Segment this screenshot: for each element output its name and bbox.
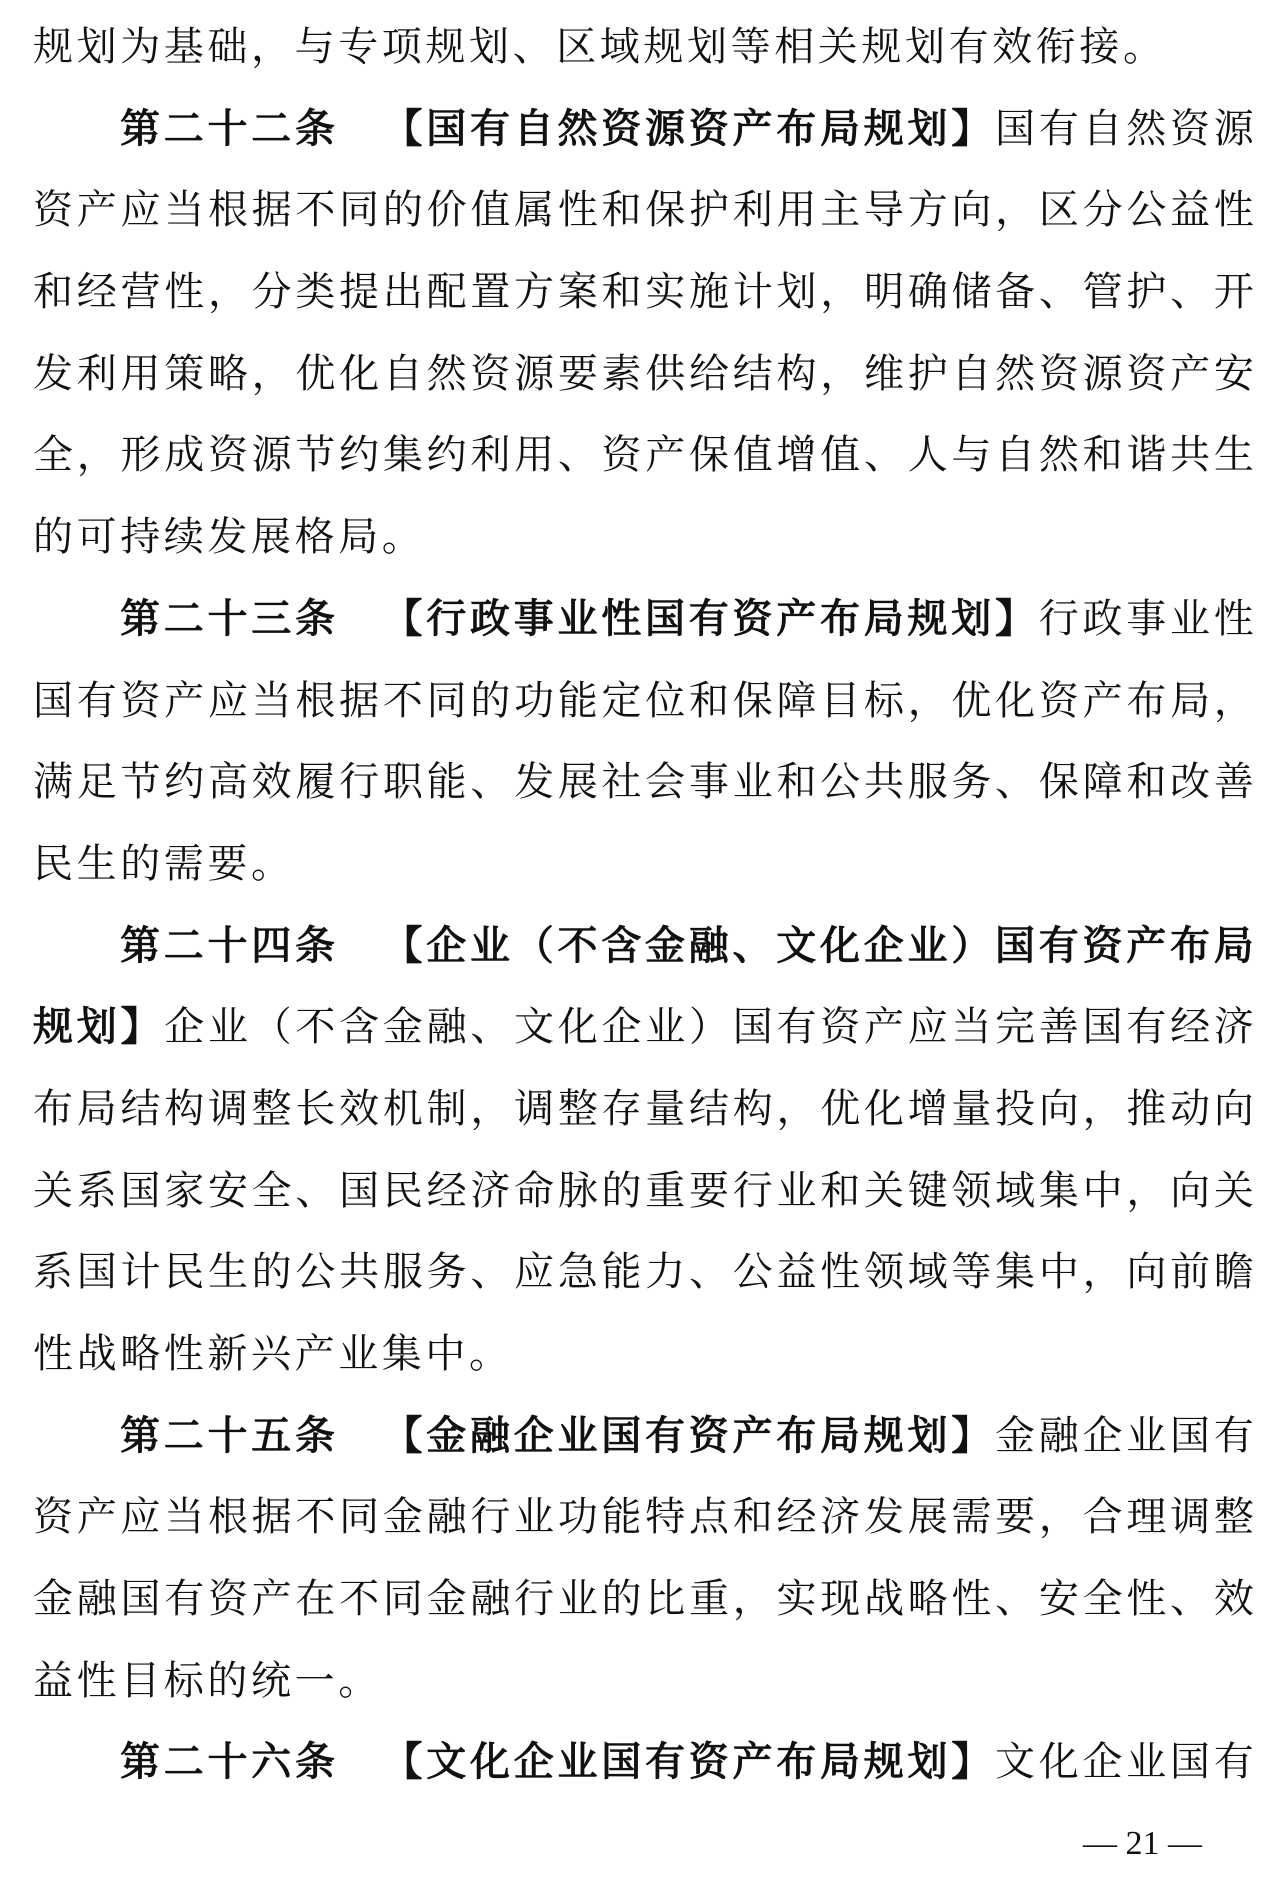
body-char: 比	[645, 1559, 685, 1641]
text-line: 满足节约高效履行职能、发展社会事业和公共服务、保障和改善	[33, 742, 1254, 824]
body-char: 提	[339, 252, 379, 334]
article-heading-char: 规	[864, 1396, 904, 1478]
body-char: 领	[864, 1232, 904, 1314]
body-char: 护	[908, 334, 948, 416]
body-char: 要	[995, 1477, 1035, 1559]
body-char: 发	[864, 1477, 904, 1559]
body-char: 领	[951, 1151, 991, 1233]
body-char: 方	[908, 170, 948, 252]
body-char: 分	[1083, 170, 1123, 252]
body-char: 值	[470, 170, 510, 252]
article-heading-char: 规	[864, 89, 904, 171]
body-char: 职	[383, 742, 423, 824]
body-char: 障	[1083, 742, 1123, 824]
body-char: 约	[427, 415, 467, 497]
body-char: 能	[602, 1232, 642, 1314]
article-heading-char: 产	[1126, 906, 1166, 988]
body-char: 然	[427, 334, 467, 416]
body-char: 善	[1214, 742, 1254, 824]
body-char: 能	[558, 661, 598, 743]
body-char: 务	[427, 1232, 467, 1314]
article-heading-char: 性	[601, 579, 641, 661]
body-char: 业	[1126, 1722, 1166, 1804]
article-heading-char: 资	[733, 579, 773, 661]
body-char: 自	[383, 334, 423, 416]
body-char: 整	[558, 1069, 598, 1151]
body-char: 投	[995, 1069, 1035, 1151]
text-line: 国有资产应当根据不同的功能定位和保障目标，优化资产布局，	[33, 661, 1254, 743]
body-char: 据	[252, 1477, 292, 1559]
body-char: 行	[470, 1477, 510, 1559]
heading-gap	[339, 906, 379, 988]
body-char: 调	[514, 1069, 554, 1151]
body-char: 方	[514, 252, 554, 334]
body-char: 融	[1039, 1396, 1079, 1478]
body-char: 案	[558, 252, 598, 334]
text-line: 第二十三条 【行政事业性国有资产布局规划】行政事业性	[33, 579, 1254, 661]
body-char: 和	[1126, 742, 1166, 824]
body-char: 划	[776, 252, 816, 334]
article-heading-char: 划	[908, 1396, 948, 1478]
body-char: ，	[208, 252, 248, 334]
body-char: 构	[164, 1069, 204, 1151]
body-char: 和	[602, 252, 642, 334]
body-char: 关	[864, 1151, 904, 1233]
body-char: 明	[864, 252, 904, 334]
body-char: 产	[252, 1559, 292, 1641]
body-char: 满	[33, 742, 73, 824]
article-heading-char: 局	[820, 1722, 860, 1804]
body-char: 点	[689, 1477, 729, 1559]
text-line: 性战略性新兴产业集中。	[33, 1314, 1254, 1396]
body-char: 整	[1214, 1477, 1254, 1559]
body-char: 分	[252, 252, 292, 334]
body-char: 局	[1170, 661, 1210, 743]
body-char: 要	[689, 1151, 729, 1233]
body-char: 备	[995, 252, 1035, 334]
body-char: 集	[995, 1232, 1035, 1314]
body-char: 国	[1170, 1722, 1210, 1804]
body-char: 公	[820, 742, 860, 824]
article-heading-char: 布	[1170, 906, 1210, 988]
body-char: 不	[295, 987, 335, 1069]
body-char: 会	[645, 742, 685, 824]
body-char: 产	[645, 415, 685, 497]
justified-line: 资产应当根据不同金融行业功能特点和经济发展需要，合理调整	[33, 1477, 1254, 1559]
body-char: 向	[1170, 1151, 1210, 1233]
body-char: 应	[908, 987, 948, 1069]
article-heading-char: 第	[120, 1722, 160, 1804]
body-char: 配	[427, 252, 467, 334]
body-char: 金	[383, 987, 423, 1069]
body-char: 开	[1214, 252, 1254, 334]
text-line: 和经营性，分类提出配置方案和实施计划，明确储备、管护、开	[33, 252, 1254, 334]
body-char: 用	[776, 170, 816, 252]
body-char: ，	[908, 661, 948, 743]
body-char: 自	[1083, 89, 1123, 171]
body-char: 全	[1083, 1559, 1123, 1641]
article-heading-char: 【	[383, 89, 423, 171]
body-char: 有	[1039, 89, 1079, 171]
body-char: 的	[602, 1559, 642, 1641]
body-char: 事	[1126, 579, 1166, 661]
body-char: 公	[1126, 170, 1166, 252]
body-char: 战	[864, 1559, 904, 1641]
text-line: 规划】企业（不含金融、文化企业）国有资产应当完善国有经济	[33, 987, 1254, 1069]
body-char: 瞻	[1214, 1232, 1254, 1314]
body-char: 资	[1126, 334, 1166, 416]
body-char: 金	[383, 1477, 423, 1559]
article-heading-char: 国	[601, 1722, 641, 1804]
article-heading-char: 条	[295, 906, 335, 988]
body-char: 合	[1083, 1477, 1123, 1559]
article-heading-char: 企	[514, 1396, 554, 1478]
body-char: 的	[383, 170, 423, 252]
text-line: 全，形成资源节约集约利用、资产保值增值、人与自然和谐共生	[33, 415, 1254, 497]
body-char: 全	[252, 1151, 292, 1233]
body-char: 性	[558, 170, 598, 252]
article-heading-char: 】	[951, 1396, 991, 1478]
body-char: 行	[339, 742, 379, 824]
body-char: 中	[1039, 1232, 1079, 1314]
body-char: 重	[645, 1151, 685, 1233]
article-heading-char: 四	[251, 906, 291, 988]
body-char: 动	[1170, 1069, 1210, 1151]
body-char: 资	[33, 170, 73, 252]
body-char: 家	[164, 1151, 204, 1233]
article-heading-char: 有	[645, 1396, 685, 1478]
body-char: 经	[427, 1151, 467, 1233]
body-char: 根	[208, 1477, 248, 1559]
body-char: 和	[602, 170, 642, 252]
text-line: 益性目标的统一。	[33, 1641, 1254, 1723]
body-char: 业	[776, 1151, 816, 1233]
body-char: 键	[908, 1151, 948, 1233]
article-heading-char: 六	[251, 1722, 291, 1804]
article-heading-char: 文	[426, 1722, 466, 1804]
body-char: 化	[558, 987, 598, 1069]
article-heading-char: 文	[776, 906, 816, 988]
body-char: 资	[1170, 89, 1210, 171]
article-heading-char: 业	[558, 1396, 598, 1478]
body-char: 向	[1126, 1232, 1166, 1314]
body-char: ，	[252, 334, 292, 416]
body-char: 、	[470, 987, 510, 1069]
body-char: 民	[383, 1151, 423, 1233]
body-char: 和	[1083, 415, 1123, 497]
body-char: 构	[733, 1069, 773, 1151]
body-char: 性	[1214, 579, 1254, 661]
justified-line: 国有资产应当根据不同的功能定位和保障目标，优化资产布局，	[33, 661, 1254, 743]
body-char: 急	[558, 1232, 598, 1314]
body-char: 有	[776, 987, 816, 1069]
body-char: 、	[295, 1151, 335, 1233]
body-char: 文	[514, 987, 554, 1069]
article-heading-char: 化	[470, 1722, 510, 1804]
body-char: 经	[776, 1477, 816, 1559]
body-char: 的	[602, 1151, 642, 1233]
article-heading-char: 【	[383, 579, 423, 661]
body-char: 当	[252, 661, 292, 743]
body-char: 布	[33, 1069, 73, 1151]
article-heading-char: 然	[558, 89, 598, 171]
body-char: 置	[470, 252, 510, 334]
body-char: 特	[645, 1477, 685, 1559]
body-char: 和	[820, 1151, 860, 1233]
article-heading-char: 企	[426, 906, 466, 988]
body-char: 完	[995, 987, 1035, 1069]
body-char: 事	[689, 742, 729, 824]
body-char: 国	[120, 1151, 160, 1233]
body-char: 民	[164, 1232, 204, 1314]
body-char: 效	[252, 742, 292, 824]
text-line: 系国计民生的公共服务、应急能力、公益性领域等集中，向前瞻	[33, 1232, 1254, 1314]
body-char: 融	[427, 987, 467, 1069]
article-heading-char: 资	[1083, 906, 1123, 988]
body-char: 略	[208, 334, 248, 416]
body-char: 位	[645, 661, 685, 743]
body-char: ，	[470, 1069, 510, 1151]
body-char: 务	[951, 742, 991, 824]
body-char: 含	[339, 987, 379, 1069]
article-heading-char: 第	[120, 1396, 160, 1478]
body-char: 同	[339, 1477, 379, 1559]
article-heading-char: 产	[733, 1722, 773, 1804]
text-line: 第二十五条 【金融企业国有资产布局规划】金融企业国有	[33, 1396, 1254, 1478]
body-char: 国	[77, 1232, 117, 1314]
body-char: 护	[1126, 252, 1166, 334]
body-char: 性	[1214, 170, 1254, 252]
body-char: 关	[33, 1151, 73, 1233]
article-heading-char: 二	[164, 906, 204, 988]
body-char: 增	[776, 415, 816, 497]
body-char: 策	[164, 334, 204, 416]
body-char: 源	[1214, 89, 1254, 171]
body-char: 国	[733, 987, 773, 1069]
body-char: 结	[733, 334, 773, 416]
body-char: 国	[339, 1151, 379, 1233]
body-char: 展	[908, 1477, 948, 1559]
body-char: ，	[1214, 661, 1254, 743]
body-char: 中	[1083, 1151, 1123, 1233]
body-char: 不	[295, 1477, 335, 1559]
article-heading-char: 三	[251, 579, 291, 661]
body-char: 有	[1214, 1396, 1254, 1478]
article-heading-char: 十	[208, 89, 248, 171]
body-char: 施	[689, 252, 729, 334]
article-heading-char: 二	[164, 1396, 204, 1478]
body-char: 节	[295, 415, 335, 497]
body-char: 不	[339, 1559, 379, 1641]
body-char: ，	[1083, 1232, 1123, 1314]
article-heading-char: 企	[514, 1722, 554, 1804]
body-char: 利	[77, 334, 117, 416]
article-heading-char: 二	[164, 1722, 204, 1804]
body-char: 调	[208, 1069, 248, 1151]
body-char: 不	[383, 661, 423, 743]
body-char: 有	[164, 1559, 204, 1641]
body-char: 效	[1214, 1559, 1254, 1641]
article-heading-char: 业	[558, 579, 598, 661]
article-heading-char: 金	[645, 906, 685, 988]
document-page: 规划为基础，与专项规划、区域规划等相关规划有效衔接。第二十二条 【国有自然资源资…	[33, 7, 1254, 1804]
body-char: 人	[908, 415, 948, 497]
body-char: 资	[602, 415, 642, 497]
body-char: 出	[383, 252, 423, 334]
body-char: 资	[33, 1477, 73, 1559]
article-heading-char: 融	[689, 906, 729, 988]
body-char: 服	[383, 1232, 423, 1314]
justified-line: 发利用策略，优化自然资源要素供给结构，维护自然资源资产安	[33, 334, 1254, 416]
body-char: 向	[1214, 1069, 1254, 1151]
body-char: 用	[120, 334, 160, 416]
body-char: 局	[77, 1069, 117, 1151]
body-char: 当	[164, 170, 204, 252]
body-char: 机	[383, 1069, 423, 1151]
justified-line: 全，形成资源节约集约利用、资产保值增值、人与自然和谐共生	[33, 415, 1254, 497]
body-char: 展	[558, 742, 598, 824]
body-char: 企	[602, 987, 642, 1069]
justified-line: 关系国家安全、国民经济命脉的重要行业和关键领域集中，向关	[33, 1151, 1254, 1233]
article-heading-char: 十	[208, 906, 248, 988]
body-char: 生	[208, 1232, 248, 1314]
body-char: 能	[602, 1477, 642, 1559]
body-char: 有	[1214, 1722, 1254, 1804]
text-line: 第二十六条 【文化企业国有资产布局规划】文化企业国有	[33, 1722, 1254, 1804]
article-heading-char: 五	[251, 1396, 291, 1478]
body-char: 、	[995, 742, 1035, 824]
body-char: 结	[689, 1069, 729, 1151]
body-char: 集	[1039, 1151, 1079, 1233]
body-char: 同	[383, 1559, 423, 1641]
article-heading-char: 条	[295, 89, 335, 171]
text-line: 第二十二条 【国有自然资源资产布局规划】国有自然资源	[33, 89, 1254, 171]
article-heading-char: 十	[208, 1396, 248, 1478]
body-char: 值	[820, 415, 860, 497]
article-heading-char: 布	[776, 1396, 816, 1478]
body-char: 全	[33, 415, 73, 497]
article-heading-char: 划	[951, 579, 991, 661]
article-heading-char: 业	[470, 906, 510, 988]
article-heading-char: 局	[820, 1396, 860, 1478]
justified-line: 第二十五条 【金融企业国有资产布局规划】金融企业国有	[120, 1396, 1254, 1478]
body-char: 生	[1214, 415, 1254, 497]
article-heading-char: 条	[295, 1396, 335, 1478]
body-char: ，	[776, 1069, 816, 1151]
body-char: 值	[733, 415, 773, 497]
body-char: 、	[470, 1232, 510, 1314]
body-char: 性	[820, 1232, 860, 1314]
body-char: 化	[339, 334, 379, 416]
article-heading-char: 国	[645, 579, 685, 661]
article-heading-char: 金	[426, 1396, 466, 1478]
body-char: ，	[1126, 1151, 1166, 1233]
text-line: 民生的需要。	[33, 824, 1254, 906]
body-char: 业	[1126, 1396, 1166, 1478]
body-char: 向	[1039, 1069, 1079, 1151]
body-char: 资	[120, 661, 160, 743]
body-char: 利	[733, 170, 773, 252]
body-char: 然	[1039, 415, 1079, 497]
article-heading-char: 企	[864, 906, 904, 988]
body-char: 产	[1083, 661, 1123, 743]
body-char: 要	[558, 334, 598, 416]
body-char: 然	[1126, 89, 1166, 171]
body-char: 效	[339, 1069, 379, 1151]
body-char: 性	[164, 252, 204, 334]
body-char: 不	[295, 170, 335, 252]
body-char: 然	[995, 334, 1035, 416]
body-char: 共	[1170, 415, 1210, 497]
article-heading-char: 自	[514, 89, 554, 171]
body-char: 和	[776, 742, 816, 824]
body-char: 国	[120, 1559, 160, 1641]
body-char: 量	[645, 1069, 685, 1151]
body-char: 在	[295, 1559, 335, 1641]
justified-line: 金融国有资产在不同金融行业的比重，实现战略性、安全性、效	[33, 1559, 1254, 1641]
body-char: 、	[1170, 1559, 1210, 1641]
article-heading-char: 含	[601, 906, 641, 988]
body-char: 约	[164, 742, 204, 824]
article-heading-char: 规	[908, 579, 948, 661]
body-char: 融	[77, 1559, 117, 1641]
article-heading-char: （	[514, 906, 554, 988]
body-char: 管	[1083, 252, 1123, 334]
article-heading-char: 】	[951, 89, 991, 171]
page-number: — 21 —	[1050, 1822, 1235, 1866]
article-heading-char: 事	[514, 579, 554, 661]
body-char: 业	[514, 1477, 554, 1559]
body-char: 化	[995, 661, 1035, 743]
body-char: 障	[776, 661, 816, 743]
body-char: 略	[908, 1559, 948, 1641]
body-char: 服	[908, 742, 948, 824]
justified-line: 第二十三条 【行政事业性国有资产布局规划】行政事业性	[120, 579, 1254, 661]
text-line: 的可持续发展格局。	[33, 497, 1254, 579]
body-char: 善	[1039, 987, 1079, 1069]
body-char: 业	[733, 742, 773, 824]
body-char: 改	[1170, 742, 1210, 824]
body-char: 国	[995, 89, 1035, 171]
body-char: 文	[995, 1722, 1035, 1804]
body-char: 定	[602, 661, 642, 743]
body-char: 源	[1083, 334, 1123, 416]
article-heading-char: 二	[251, 89, 291, 171]
body-text: 益性目标的统一。	[33, 1658, 382, 1704]
body-char: 根	[208, 170, 248, 252]
article-heading-char: 局	[1214, 906, 1254, 988]
body-char: 类	[295, 252, 335, 334]
body-char: 自	[995, 415, 1035, 497]
body-char: 同	[339, 170, 379, 252]
article-heading-char: 布	[776, 89, 816, 171]
justified-line: 布局结构调整长效机制，调整存量结构，优化增量投向，推动向	[33, 1069, 1254, 1151]
article-heading-char: 产	[776, 579, 816, 661]
article-heading-char: 二	[164, 579, 204, 661]
body-char: 安	[1214, 334, 1254, 416]
body-char: 济	[820, 1477, 860, 1559]
body-char: 等	[951, 1232, 991, 1314]
justified-line: 第二十四条 【企业（不含金融、文化企业）国有资产布局	[120, 906, 1254, 988]
article-heading-char: 【	[383, 1722, 423, 1804]
body-char: 产	[77, 1477, 117, 1559]
article-heading-char: 第	[120, 89, 160, 171]
body-char: 行	[514, 1559, 554, 1641]
body-char: 有	[1126, 987, 1166, 1069]
body-char: 益	[776, 1232, 816, 1314]
article-heading-char: 业	[558, 1722, 598, 1804]
body-char: 应	[120, 170, 160, 252]
